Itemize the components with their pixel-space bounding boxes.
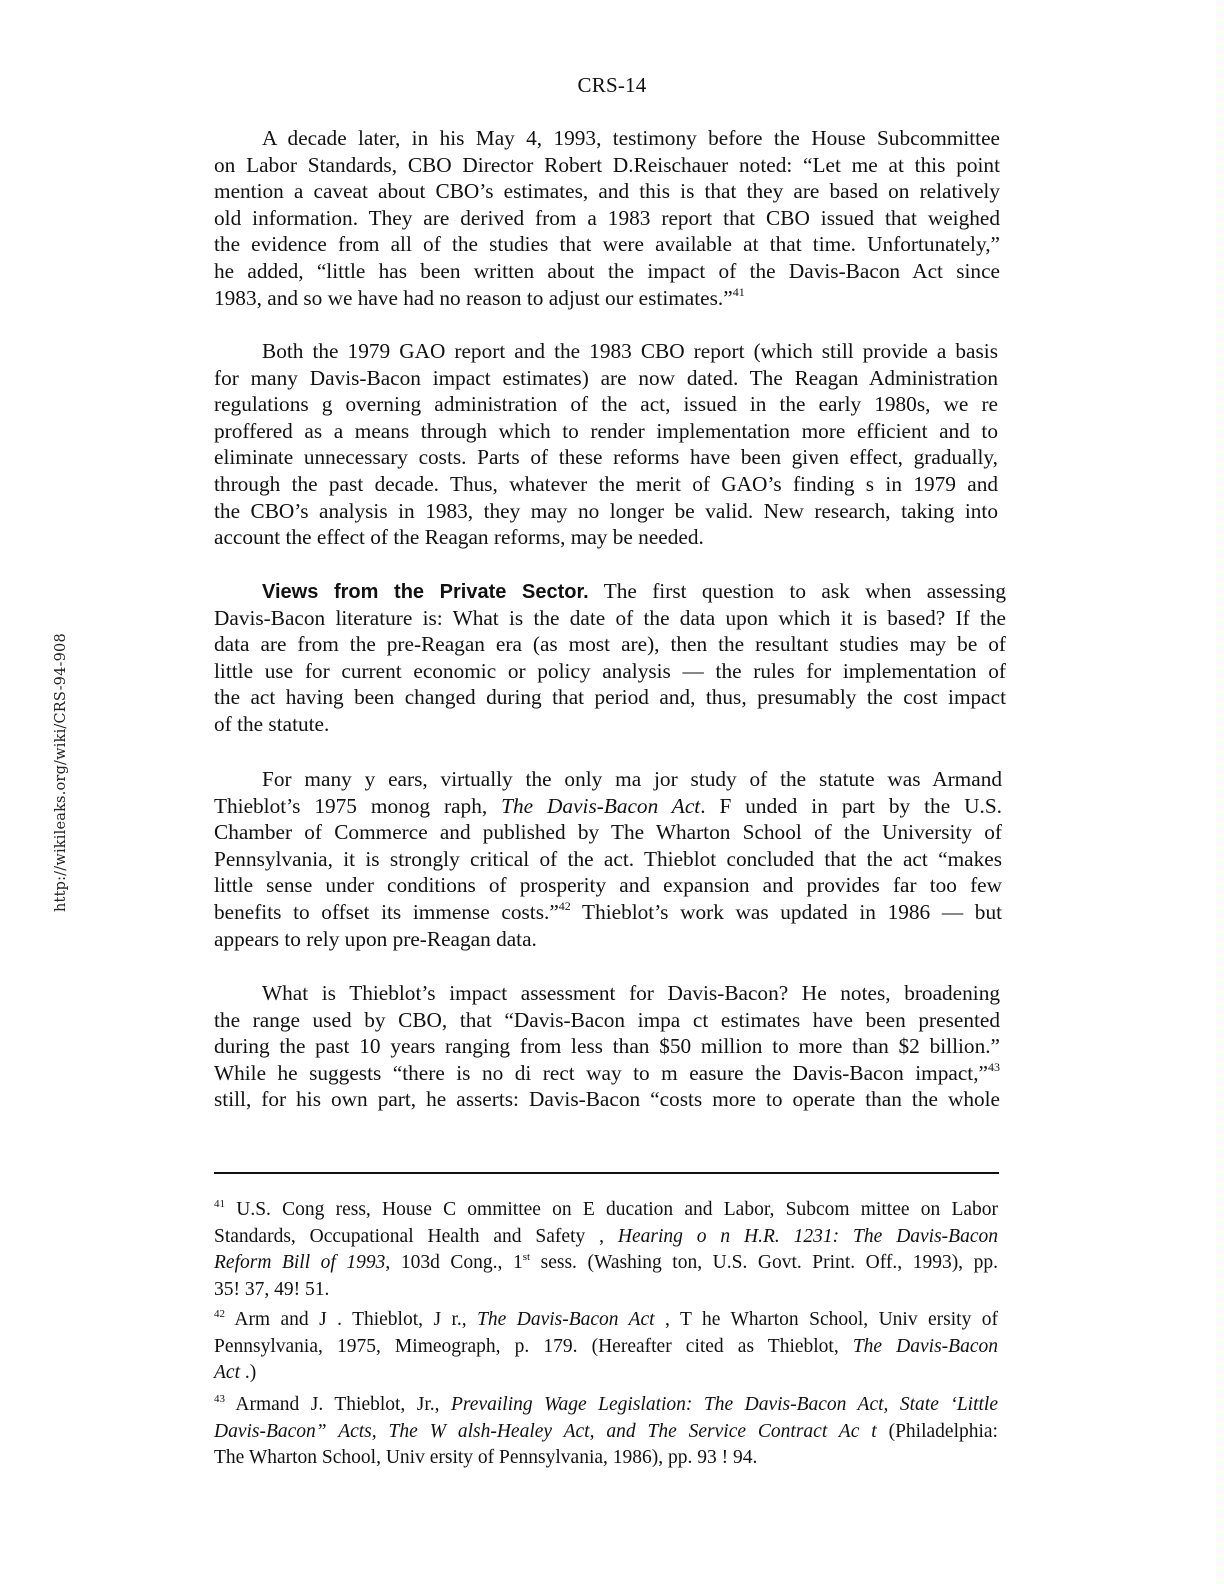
page-number-header: CRS-14	[0, 72, 1224, 98]
text-line: the CBO’s analysis in 1983, they may no …	[214, 498, 998, 525]
text-run: sess. (Washing ton, U.S. Govt. Print. Of…	[530, 1252, 998, 1273]
text-line: The Wharton School, Univ ersity of Penns…	[214, 1446, 998, 1473]
text-line: While he suggests “there is no di rect w…	[214, 1060, 1000, 1087]
text-run: , 103d Cong., 1	[385, 1252, 522, 1273]
side-url-watermark: http://wikileaks.org/wiki/CRS-94-908	[52, 633, 70, 912]
text-line: Standards, Occupational Health and Safet…	[214, 1225, 998, 1252]
text-line: Davis-Bacon literature is: What is the d…	[214, 605, 1006, 632]
text-line: the act having been changed during that …	[214, 684, 1006, 711]
italic-title: Hearing o n H.R. 1231: The Davis-Bacon	[618, 1226, 998, 1247]
text-run: Armand J. Thieblot, Jr.,	[235, 1394, 451, 1415]
footnote-number: 41	[214, 1198, 225, 1210]
text-line: little use for current economic or polic…	[214, 658, 1006, 685]
footnote-42: 42 Arm and J . Thieblot, J r., The Davis…	[214, 1308, 998, 1388]
text-line: Thieblot’s 1975 monog raph, The Davis-Ba…	[214, 793, 1002, 820]
text-run: 1983, and so we have had no reason to ad…	[214, 286, 733, 310]
text-line: proffered as a means through which to re…	[214, 418, 998, 445]
text-line: Davis-Bacon” Acts, The W alsh-Healey Act…	[214, 1420, 998, 1447]
text-line: through the past decade. Thus, whatever …	[214, 471, 998, 498]
text-run: Thieblot’s 1975 monog raph,	[214, 794, 501, 818]
footnote-number: 42	[214, 1308, 225, 1320]
text-run: The first question to ask when assessing	[589, 579, 1006, 603]
text-line: 41 U.S. Cong ress, House C ommittee on E…	[214, 1198, 998, 1225]
text-line: 35! 37, 49! 51.	[214, 1278, 998, 1305]
italic-title: Prevailing Wage Legislation: The Davis-B…	[451, 1394, 998, 1415]
text-line: Act .)	[214, 1361, 998, 1388]
text-run: benefits to offset its immense costs.”	[214, 900, 559, 924]
text-line: account the effect of the Reagan reforms…	[214, 524, 998, 551]
text-line: the range used by CBO, that “Davis-Bacon…	[214, 1007, 1000, 1034]
text-run: , T he Wharton School, Univ ersity of	[655, 1309, 998, 1330]
text-line: eliminate unnecessary costs. Parts of th…	[214, 444, 998, 471]
text-line: Pennsylvania, 1975, Mimeograph, p. 179. …	[214, 1335, 998, 1362]
paragraph-views-private-sector: Views from the Private Sector. The first…	[214, 578, 1006, 738]
text-line: on Labor Standards, CBO Director Robert …	[214, 152, 1000, 179]
text-line: during the past 10 years ranging from le…	[214, 1033, 1000, 1060]
text-line: he added, “little has been written about…	[214, 258, 1000, 285]
text-line: of the statute.	[214, 711, 1006, 738]
text-line: little sense under conditions of prosper…	[214, 872, 1002, 899]
text-line: data are from the pre-Reagan era (as mos…	[214, 631, 1006, 658]
italic-title: Act	[214, 1362, 240, 1383]
text-line: the evidence from all of the studies tha…	[214, 231, 1000, 258]
paragraph-thieblot-impact: What is Thieblot’s impact assessment for…	[214, 980, 1000, 1113]
text-line: 43 Armand J. Thieblot, Jr., Prevailing W…	[214, 1393, 998, 1420]
italic-title: The Davis-Bacon Act	[477, 1309, 655, 1330]
italic-title: Reform Bill of 1993	[214, 1252, 385, 1273]
text-line: still, for his own part, he asserts: Dav…	[214, 1086, 1000, 1113]
text-line: old information. They are derived from a…	[214, 205, 1000, 232]
text-run: While he suggests “there is no di rect w…	[214, 1061, 988, 1085]
paragraph-thieblot-monograph: For many y ears, virtually the only ma j…	[214, 766, 1002, 952]
text-line: A decade later, in his May 4, 1993, test…	[214, 125, 1000, 152]
text-line: mention a caveat about CBO’s estimates, …	[214, 178, 1000, 205]
text-line: Views from the Private Sector. The first…	[214, 578, 1006, 605]
text-run: (Philadelphia:	[877, 1421, 998, 1442]
italic-title: Davis-Bacon” Acts, The W alsh-Healey Act…	[214, 1421, 877, 1442]
ordinal-suffix: st	[523, 1251, 530, 1263]
text-line: 42 Arm and J . Thieblot, J r., The Davis…	[214, 1308, 998, 1335]
text-line: Reform Bill of 1993, 103d Cong., 1st ses…	[214, 1251, 998, 1278]
text-run: Pennsylvania, 1975, Mimeograph, p. 179. …	[214, 1336, 853, 1357]
footnote-ref-41[interactable]: 41	[733, 285, 745, 299]
text-line: regulations g overning administration of…	[214, 391, 998, 418]
text-run: Arm and J . Thieblot, J r.,	[234, 1309, 477, 1330]
text-run: Standards, Occupational Health and Safet…	[214, 1226, 618, 1247]
footnote-43: 43 Armand J. Thieblot, Jr., Prevailing W…	[214, 1393, 998, 1473]
text-line: For many y ears, virtually the only ma j…	[214, 766, 1002, 793]
text-run: . F unded in part by the U.S.	[700, 794, 1002, 818]
text-line: Pennsylvania, it is strongly critical of…	[214, 846, 1002, 873]
text-line: What is Thieblot’s impact assessment for…	[214, 980, 1000, 1007]
text-line: 1983, and so we have had no reason to ad…	[214, 285, 1000, 312]
text-run: .)	[240, 1362, 256, 1383]
italic-title: The Davis-Bacon Act	[501, 794, 700, 818]
paragraph-gao-cbo-dated: Both the 1979 GAO report and the 1983 CB…	[214, 338, 998, 551]
footnote-41: 41 U.S. Cong ress, House C ommittee on E…	[214, 1198, 998, 1304]
text-line: appears to rely upon pre-Reagan data.	[214, 926, 1002, 953]
text-line: Both the 1979 GAO report and the 1983 CB…	[214, 338, 998, 365]
text-line: benefits to offset its immense costs.”42…	[214, 899, 1002, 926]
footnote-number: 43	[214, 1393, 225, 1405]
section-heading: Views from the Private Sector.	[262, 581, 589, 603]
text-line: Chamber of Commerce and published by The…	[214, 819, 1002, 846]
paragraph-reischauer-testimony: A decade later, in his May 4, 1993, test…	[214, 125, 1000, 311]
text-run: Thieblot’s work was updated in 1986 — bu…	[571, 900, 1002, 924]
footnote-ref-42[interactable]: 42	[559, 899, 571, 913]
italic-title: The Davis-Bacon	[853, 1336, 998, 1357]
text-line: for many Davis-Bacon impact estimates) a…	[214, 365, 998, 392]
text-run: U.S. Cong ress, House C ommittee on E du…	[236, 1199, 998, 1220]
footnote-ref-43[interactable]: 43	[988, 1060, 1000, 1074]
footnote-separator	[214, 1172, 999, 1174]
scan-edge-artifact	[1216, 0, 1224, 1584]
